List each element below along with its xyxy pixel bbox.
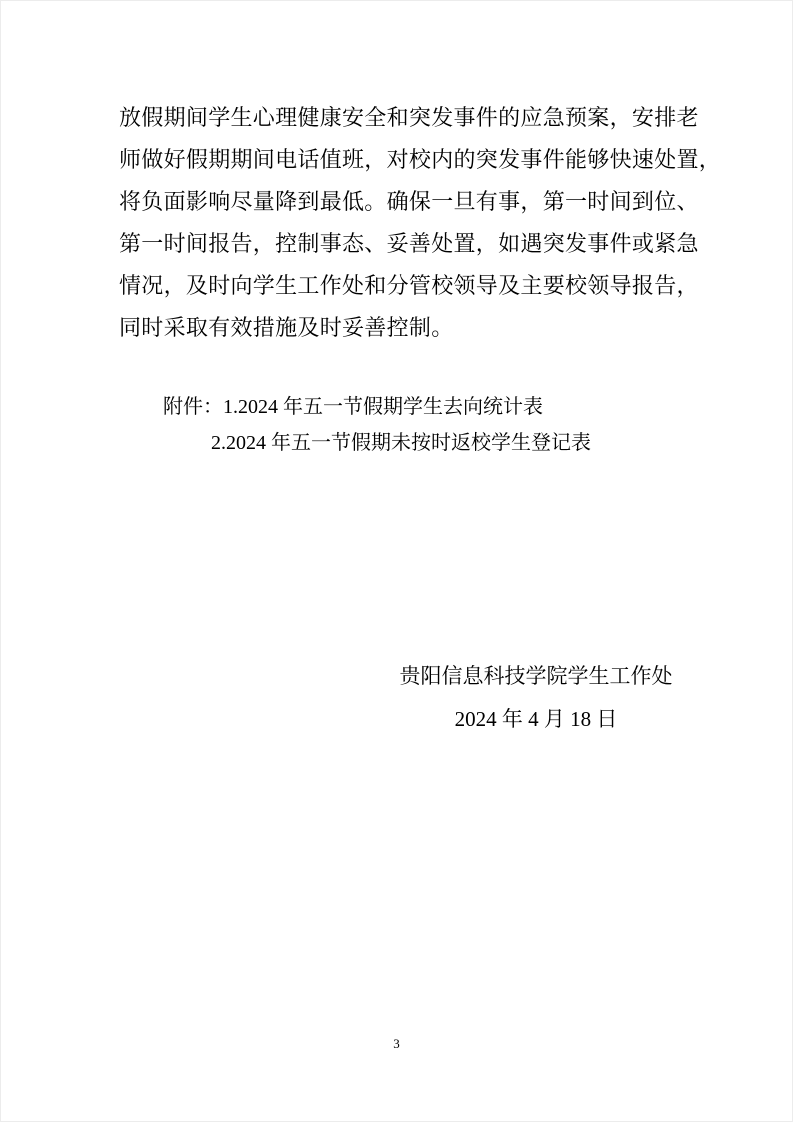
signature-date: 2024 年 4 月 18 日	[331, 698, 741, 741]
attachments-label: 附件：	[163, 396, 223, 418]
paragraph-line: 同时采取有效措施及时妥善控制。	[119, 307, 719, 349]
attachment-item-1: 附件：1.2024 年五一节假期学生去向统计表	[163, 390, 723, 426]
paragraph-line: 将负面影响尽量降到最低。确保一旦有事，第一时间到位、	[119, 181, 719, 223]
paragraph-line: 放假期间学生心理健康安全和突发事件的应急预案，安排老	[119, 97, 719, 139]
document-page: 放假期间学生心理健康安全和突发事件的应急预案，安排老 师做好假期期间电话值班，对…	[0, 0, 793, 1122]
signature-department: 贵阳信息科技学院学生工作处	[331, 655, 741, 698]
signature-block: 贵阳信息科技学院学生工作处 2024 年 4 月 18 日	[331, 655, 741, 740]
paragraph-line: 情况，及时向学生工作处和分管校领导及主要校领导报告，	[119, 265, 719, 307]
paragraph-line: 师做好假期期间电话值班，对校内的突发事件能够快速处置，	[119, 139, 719, 181]
attachment-item-2-text: 2.2024 年五一节假期未按时返校学生登记表	[211, 432, 591, 454]
attachment-item-1-text: 1.2024 年五一节假期学生去向统计表	[223, 396, 543, 418]
page-number: 3	[1, 1036, 792, 1052]
attachments-section: 附件：1.2024 年五一节假期学生去向统计表 2.2024 年五一节假期未按时…	[163, 390, 723, 461]
body-paragraph: 放假期间学生心理健康安全和突发事件的应急预案，安排老 师做好假期期间电话值班，对…	[119, 97, 719, 349]
paragraph-line: 第一时间报告，控制事态、妥善处置，如遇突发事件或紧急	[119, 223, 719, 265]
attachment-item-2: 2.2024 年五一节假期未按时返校学生登记表	[211, 426, 723, 462]
